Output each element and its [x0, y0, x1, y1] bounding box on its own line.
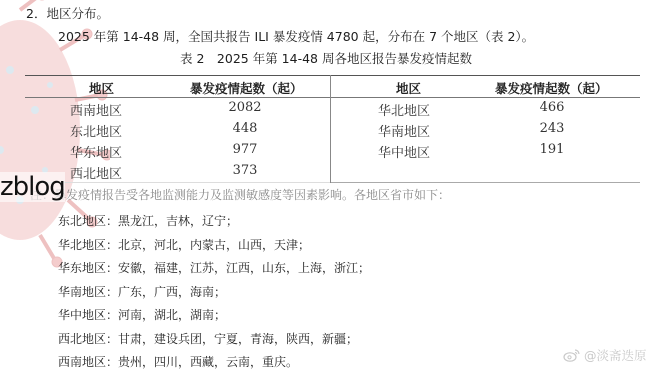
province-line-south: 华南地区：广东，广西，海南； [58, 281, 370, 305]
table-cell-region: 西北地区 [70, 163, 122, 182]
table-cell-count: 373 [215, 163, 275, 178]
header-region-left: 地区 [89, 79, 114, 97]
province-line-north: 华北地区：北京，河北，内蒙古，山西，天津； [58, 234, 370, 258]
table-cell-region: 华东地区 [70, 142, 122, 161]
table-bottom-rule-right [330, 182, 640, 183]
header-count-right: 暴发疫情起数（起） [495, 79, 608, 97]
province-line-northeast: 东北地区：黑龙江，吉林，辽宁； [58, 210, 370, 234]
section-heading: 2．地区分布。 [26, 4, 109, 22]
site-watermark: zblog [0, 172, 65, 202]
table-top-rule [25, 75, 640, 76]
table-cell-count: 448 [215, 121, 275, 136]
province-list: 东北地区：黑龙江，吉林，辽宁； 华北地区：北京，河北，内蒙古，山西，天津； 华东… [58, 210, 370, 374]
table-caption: 表 2 2025 年第 14-48 周各地区报告暴发疫情起数 [180, 49, 472, 67]
header-count-left: 暴发疫情起数（起） [190, 79, 303, 97]
weibo-watermark: @淡斋迭原 [563, 346, 647, 364]
intro-paragraph: 2025 年第 14-48 周，全国共报告 ILI 暴发疫情 4780 起，分布… [58, 27, 534, 45]
province-line-east: 华东地区：安徽，福建，江苏，江西，山东，上海，浙江； [58, 257, 370, 281]
table-header-rule [25, 97, 640, 98]
table-cell-count: 2082 [215, 100, 275, 115]
weibo-icon [563, 348, 581, 362]
weibo-handle: @淡斋迭原 [584, 346, 647, 364]
table-note: 注：暴发疫情报告受各地监测能力及监测敏感度等因素影响。各地区省市如下： [30, 186, 450, 203]
province-line-southwest: 西南地区：贵州，四川，西藏，云南，重庆。 [58, 351, 370, 374]
table-cell-count: 191 [522, 142, 582, 157]
table-cell-region: 华中地区 [378, 142, 430, 161]
table-cell-region: 华北地区 [378, 100, 430, 119]
table-cell-count: 466 [522, 100, 582, 115]
table-bottom-rule-left [25, 182, 330, 183]
table-cell-region: 华南地区 [378, 121, 430, 140]
region-outbreak-table: 地区 暴发疫情起数（起） 地区 暴发疫情起数（起） 西南地区 2082 东北地区… [25, 75, 640, 183]
province-line-central: 华中地区：河南，湖北，湖南； [58, 304, 370, 328]
header-region-right: 地区 [396, 79, 421, 97]
table-cell-count: 977 [215, 142, 275, 157]
table-cell-region: 东北地区 [70, 121, 122, 140]
table-cell-region: 西南地区 [70, 100, 122, 119]
table-column-divider [330, 75, 331, 183]
table-cell-count: 243 [522, 121, 582, 136]
province-line-northwest: 西北地区：甘肃，建设兵团，宁夏，青海，陕西，新疆； [58, 328, 370, 352]
